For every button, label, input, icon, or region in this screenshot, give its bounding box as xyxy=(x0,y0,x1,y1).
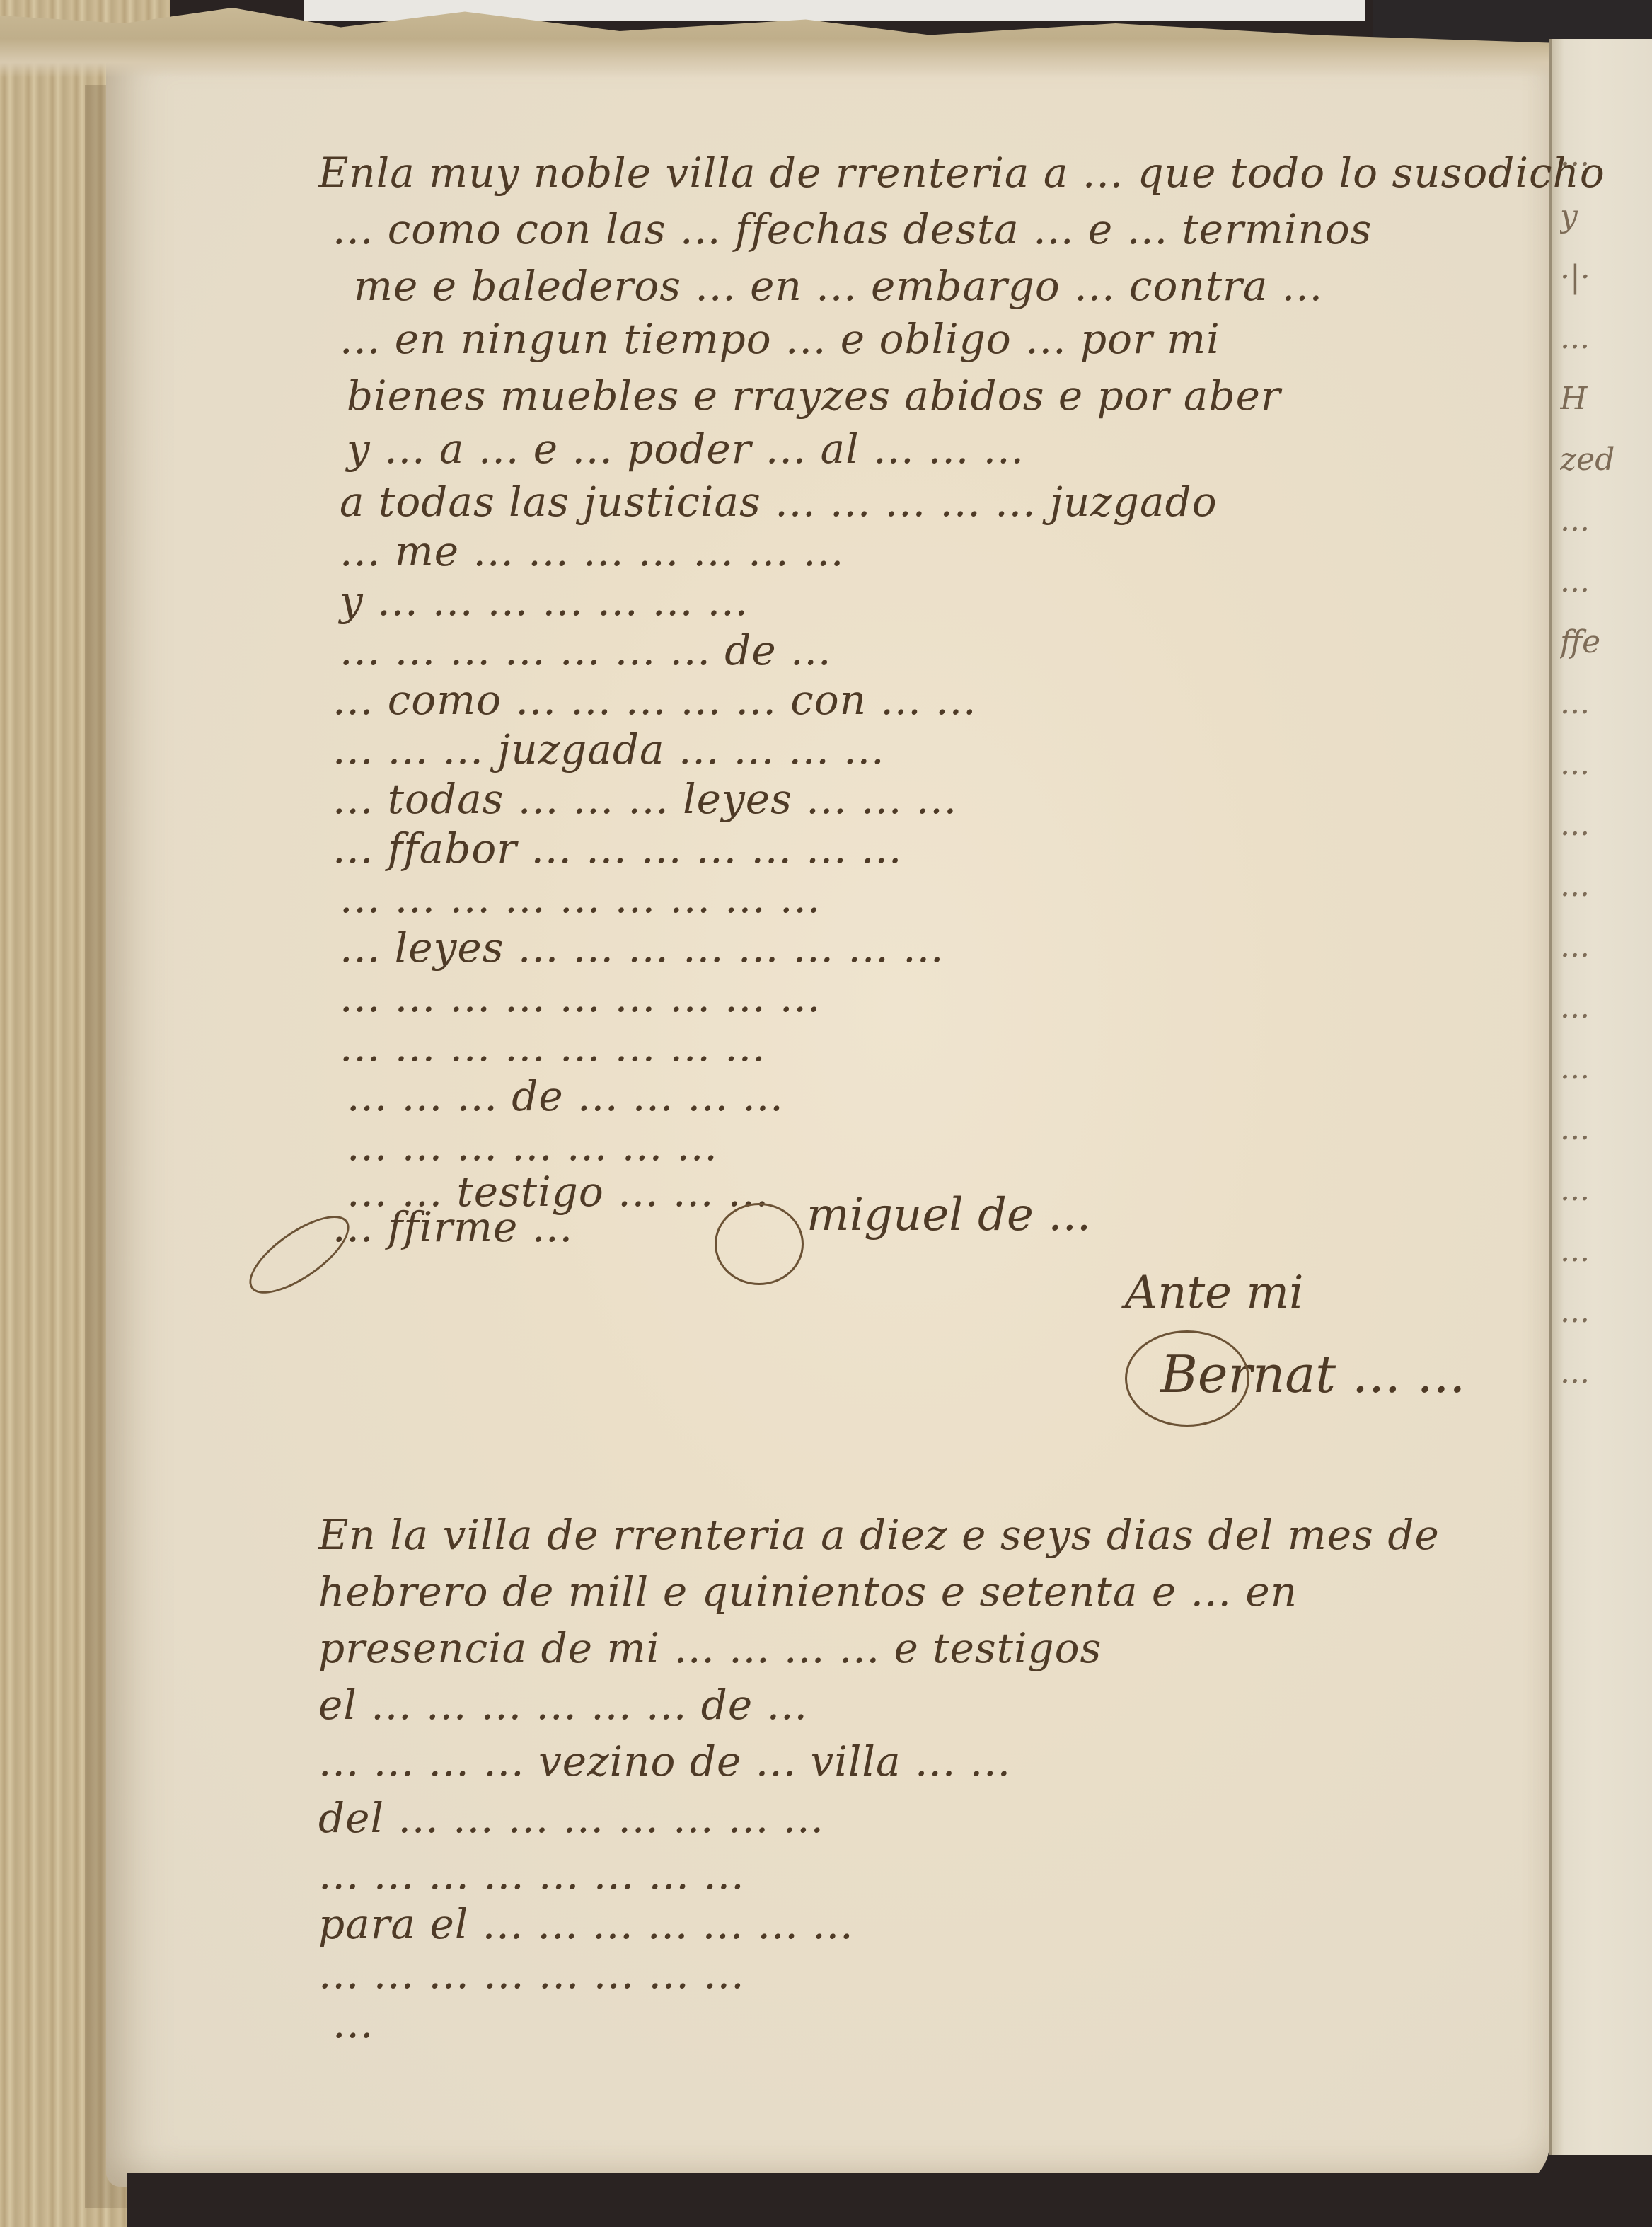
text-line: ... como con las ... ffechas desta ... e… xyxy=(333,205,1372,253)
text-line: ... ... ... ... ... ... ... ... xyxy=(340,1023,766,1071)
text-line: Enla muy noble villa de rrenteria a ... … xyxy=(318,149,1605,197)
text-line: En la villa de rrenteria a diez e seys d… xyxy=(318,1511,1440,1559)
text-line: ... ... ... ... ... ... ... ... xyxy=(318,1950,745,1998)
text-line: ... ... ... juzgada ... ... ... ... xyxy=(333,725,885,773)
text-line: a todas las justicias ... ... ... ... ..… xyxy=(340,478,1218,526)
text-line: y ... a ... e ... poder ... al ... ... .… xyxy=(347,425,1024,473)
signature-loop xyxy=(1125,1330,1249,1427)
text-line: bienes muebles e rrayzes abidos e por ab… xyxy=(347,372,1281,420)
signature-signer: miguel de ... xyxy=(807,1189,1091,1241)
signature-ante-label: Ante mi xyxy=(1125,1267,1304,1319)
text-line: hebrero de mill e quinientos e setenta e… xyxy=(318,1567,1298,1616)
text-line: ... ... ... ... vezino de ... villa ... … xyxy=(318,1737,1011,1785)
text-line: ... ... ... ... ... ... ... de ... xyxy=(340,626,831,674)
text-line: ... como ... ... ... ... ... con ... ... xyxy=(333,676,976,724)
text-line: ... ... ... ... ... ... ... xyxy=(347,1122,718,1170)
text-line: me e balederos ... en ... embargo ... co… xyxy=(354,262,1323,310)
text-line: ... en ningun tiempo ... e obligo ... po… xyxy=(340,315,1220,363)
text-line: ... todas ... ... ... leyes ... ... ... xyxy=(333,775,957,823)
text-line: ... me ... ... ... ... ... ... ... xyxy=(340,527,844,575)
signature-loop xyxy=(715,1203,804,1285)
text-line: para el ... ... ... ... ... ... ... xyxy=(318,1900,854,1948)
facing-page-notes: ... y ·|· ... H zed ... ... ffe ... ... … xyxy=(1560,127,1652,1405)
text-line: presencia de mi ... ... ... ... e testig… xyxy=(318,1624,1102,1672)
text-line: y ... ... ... ... ... ... ... xyxy=(340,577,749,625)
text-line: ... ... ... ... ... ... ... ... ... xyxy=(340,973,821,1021)
text-line: ... leyes ... ... ... ... ... ... ... ..… xyxy=(340,923,944,972)
manuscript-scan: ... y ·|· ... H zed ... ... ffe ... ... … xyxy=(0,0,1652,2227)
text-line: ... xyxy=(333,1999,374,2047)
text-line: el ... ... ... ... ... ... de ... xyxy=(318,1681,808,1729)
text-line: del ... ... ... ... ... ... ... ... xyxy=(318,1794,824,1842)
text-line: ... ffirme ... xyxy=(333,1203,573,1251)
scan-background-bottom xyxy=(127,2173,1652,2227)
text-line: ... ... ... ... ... ... ... ... ... xyxy=(340,874,821,922)
text-line: ... ffabor ... ... ... ... ... ... ... xyxy=(333,824,902,873)
text-line: ... ... ... de ... ... ... ... xyxy=(347,1072,784,1120)
text-line: ... ... ... ... ... ... ... ... xyxy=(318,1851,745,1899)
